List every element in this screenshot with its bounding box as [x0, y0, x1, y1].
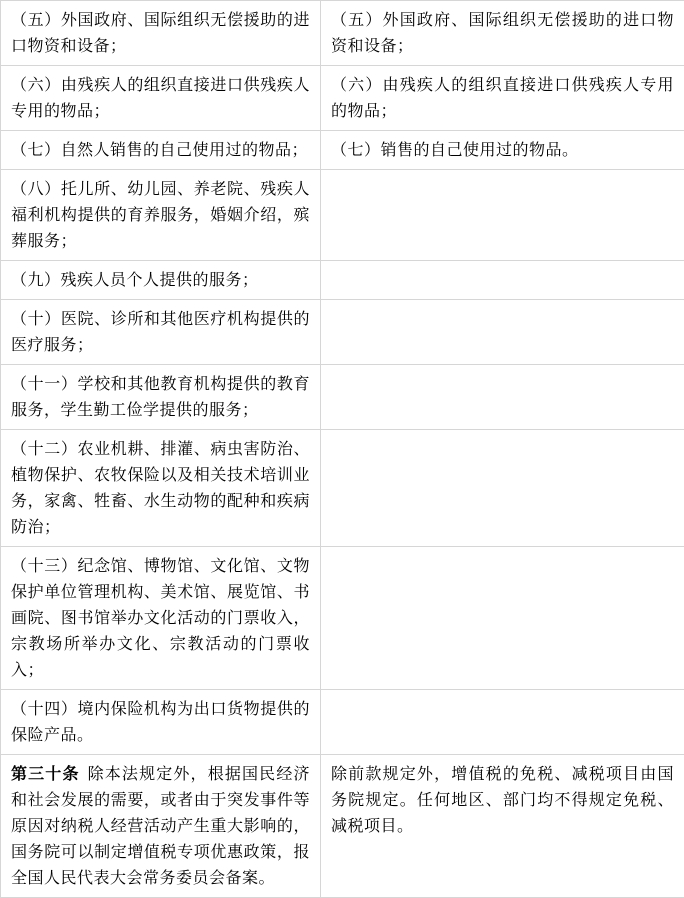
cell-right-item9: [321, 261, 684, 300]
cell-left-item8: （八）托儿所、幼儿园、养老院、残疾人福利机构提供的育养服务，婚姻介绍，殡葬服务；: [1, 170, 321, 261]
table-row-item8: （八）托儿所、幼儿园、养老院、残疾人福利机构提供的育养服务，婚姻介绍，殡葬服务；: [1, 170, 684, 261]
table-row-item9: （九）残疾人员个人提供的服务；: [1, 261, 684, 300]
table-row-item13: （十三）纪念馆、博物馆、文化馆、文物保护单位管理机构、美术馆、展览馆、书画院、图…: [1, 547, 684, 690]
cell-right-item13: [321, 547, 684, 690]
cell-left-item6: （六）由残疾人的组织直接进口供残疾人专用的物品；: [1, 66, 321, 131]
cell-right-item11: [321, 365, 684, 430]
cell-right-item12: [321, 430, 684, 547]
cell-left-item7: （七）自然人销售的自己使用过的物品；: [1, 131, 321, 170]
table-row-article30: 第三十条除本法规定外，根据国民经济和社会发展的需要，或者由于突发事件等原因对纳税…: [1, 755, 684, 898]
table-row-item5: （五）外国政府、国际组织无偿援助的进口物资和设备； （五）外国政府、国际组织无偿…: [1, 1, 684, 66]
article-number-label: 第三十条: [11, 766, 80, 783]
table-row-item10: （十）医院、诊所和其他医疗机构提供的医疗服务；: [1, 300, 684, 365]
cell-left-article30: 第三十条除本法规定外，根据国民经济和社会发展的需要，或者由于突发事件等原因对纳税…: [1, 755, 321, 898]
table-row-item12: （十二）农业机耕、排灌、病虫害防治、植物保护、农牧保险以及相关技术培训业务，家禽…: [1, 430, 684, 547]
cell-right-item8: [321, 170, 684, 261]
law-comparison-table: （五）外国政府、国际组织无偿援助的进口物资和设备； （五）外国政府、国际组织无偿…: [0, 0, 684, 898]
cell-left-item14: （十四）境内保险机构为出口货物提供的保险产品。: [1, 690, 321, 755]
cell-right-article30: 除前款规定外，增值税的免税、减税项目由国务院规定。任何地区、部门均不得规定免税、…: [321, 755, 684, 898]
cell-right-item10: [321, 300, 684, 365]
cell-right-item6: （六）由残疾人的组织直接进口供残疾人专用的物品；: [321, 66, 684, 131]
table-row-item14: （十四）境内保险机构为出口货物提供的保险产品。: [1, 690, 684, 755]
cell-left-item10: （十）医院、诊所和其他医疗机构提供的医疗服务；: [1, 300, 321, 365]
cell-left-item9: （九）残疾人员个人提供的服务；: [1, 261, 321, 300]
cell-left-item12: （十二）农业机耕、排灌、病虫害防治、植物保护、农牧保险以及相关技术培训业务，家禽…: [1, 430, 321, 547]
document-page: （五）外国政府、国际组织无偿援助的进口物资和设备； （五）外国政府、国际组织无偿…: [0, 0, 684, 898]
cell-right-item14: [321, 690, 684, 755]
article-body-text: 除本法规定外，根据国民经济和社会发展的需要，或者由于突发事件等原因对纳税人经营活…: [11, 766, 310, 887]
table-row-item11: （十一）学校和其他教育机构提供的教育服务，学生勤工俭学提供的服务；: [1, 365, 684, 430]
cell-left-item13: （十三）纪念馆、博物馆、文化馆、文物保护单位管理机构、美术馆、展览馆、书画院、图…: [1, 547, 321, 690]
cell-right-item7: （七）销售的自己使用过的物品。: [321, 131, 684, 170]
table-row-item7: （七）自然人销售的自己使用过的物品； （七）销售的自己使用过的物品。: [1, 131, 684, 170]
cell-right-item5: （五）外国政府、国际组织无偿援助的进口物资和设备；: [321, 1, 684, 66]
cell-left-item11: （十一）学校和其他教育机构提供的教育服务，学生勤工俭学提供的服务；: [1, 365, 321, 430]
table-row-item6: （六）由残疾人的组织直接进口供残疾人专用的物品； （六）由残疾人的组织直接进口供…: [1, 66, 684, 131]
cell-left-item5: （五）外国政府、国际组织无偿援助的进口物资和设备；: [1, 1, 321, 66]
